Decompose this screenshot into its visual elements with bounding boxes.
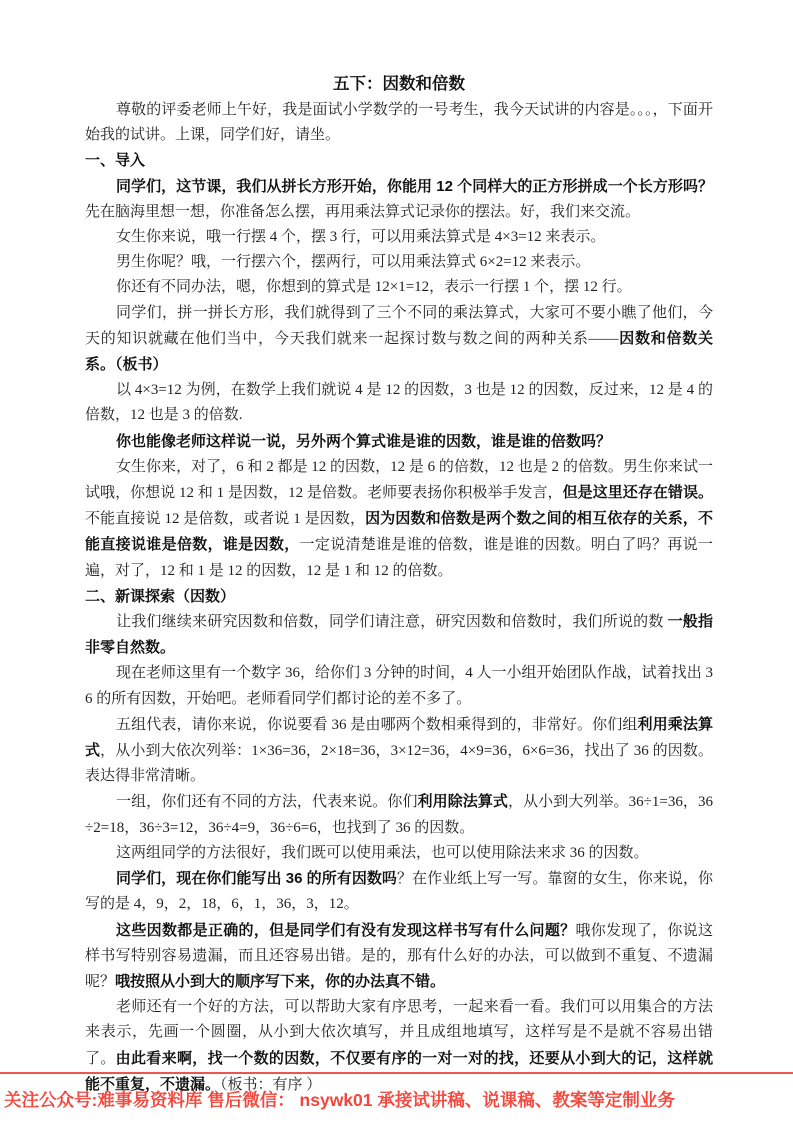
- footer-promo-text: 关注公众号:难事易资料库 售后微信： nsywk01 承接试讲稿、说课稿、教案等…: [4, 1085, 793, 1115]
- text-segment: 女生你来说，哦一行摆 4 个，摆 3 行，可以用乘法算式是 4×3=12 来表示…: [116, 229, 605, 245]
- paragraph: 你还有不同办法，嗯，你想到的算式是 12×1=12，表示一行摆 1 个，摆 12…: [85, 275, 713, 300]
- text-segment: 尊敬的评委老师上午好，我是面试小学数学的一号考生，我今天试讲的内容是。。。，下面…: [85, 102, 713, 143]
- text-segment: 你还有不同办法，嗯，你想到的算式是 12×1=12，表示一行摆 1 个，摆 12…: [116, 279, 632, 295]
- document-title: 五下：因数和倍数: [85, 72, 713, 97]
- text-segment: 男生你呢？哦，一行摆六个，摆两行，可以用乘法算式 6×2=12 来表示。: [116, 254, 590, 270]
- paragraph: 老师还有一个好的方法，可以帮助大家有序思考，一起来看一看。我们可以用集合的方法来…: [85, 995, 713, 1098]
- document-body: 尊敬的评委老师上午好，我是面试小学数学的一号考生，我今天试讲的内容是。。。，下面…: [85, 98, 713, 1098]
- paragraph: 女生你来说，哦一行摆 4 个，摆 3 行，可以用乘法算式是 4×3=12 来表示…: [85, 225, 713, 250]
- text-segment: 这两组同学的方法很好，我们既可以使用乘法，也可以使用除法来求 36 的因数。: [116, 845, 649, 861]
- paragraph: 你也能像老师这样说一说，另外两个算式谁是谁的因数，谁是谁的倍数吗？: [85, 429, 713, 455]
- document-page: 五下：因数和倍数 尊敬的评委老师上午好，我是面试小学数学的一号考生，我今天试讲的…: [85, 72, 713, 1098]
- paragraph: 女生你来，对了，6 和 2 都是 12 的因数，12 是 6 的倍数，12 也是…: [85, 455, 713, 584]
- paragraph: 同学们，这节课，我们从拼长方形开始，你能用 12 个同样大的正方形拼成一个长方形…: [85, 174, 713, 225]
- paragraph: 五组代表，请你来说，你说要看 36 是由哪两个数相乘得到的，非常好。你们组利用乘…: [85, 712, 713, 790]
- text-segment: 同学们，这节课，我们从拼长方形开始，你能用 12 个同样大的正方形拼成一个长方形…: [116, 178, 713, 195]
- paragraph: 同学们，拼一拼长方形，我们就得到了三个不同的乘法算式，大家可不要小瞧了他们，今天…: [85, 301, 713, 379]
- paragraph: 一组，你们还有不同的方法，代表来说。你们利用除法算式，从小到大列举。36÷1=3…: [85, 789, 713, 840]
- text-segment: 让我们继续来研究因数和倍数，同学们请注意，研究因数和倍数时，我们所说的数: [116, 614, 668, 630]
- text-segment: 二、新课探索（因数）: [85, 588, 235, 605]
- paragraph: 这两组同学的方法很好，我们既可以使用乘法，也可以使用除法来求 36 的因数。: [85, 841, 713, 866]
- paragraph: 同学们，现在你们能写出 36 的所有因数吗？在作业纸上写一写。靠窗的女生，你来说…: [85, 866, 713, 917]
- text-segment: 不能直接说 12 是倍数，或者说 1 是因数，: [85, 511, 365, 527]
- text-segment: 一、导入: [85, 152, 145, 169]
- text-segment: 先在脑海里想一想，你准备怎么摆，再用乘法算式记录你的摆法。好，我们来交流。: [85, 204, 640, 220]
- paragraph: 以 4×3=12 为例，在数学上我们就说 4 是 12 的因数，3 也是 12 …: [85, 378, 713, 428]
- text-segment: 现在老师这里有一个数字 36，给你们 3 分钟的时间，4 人一小组开始团队作战，…: [85, 665, 713, 706]
- section-heading: 二、新课探索（因数）: [85, 584, 713, 609]
- footer-divider: [0, 1072, 793, 1074]
- paragraph: 这些因数都是正确的，但是同学们有没有发现这样书写有什么问题？哦你发现了，你说这样…: [85, 918, 713, 996]
- text-segment: 五组代表，请你来说，你说要看 36 是由哪两个数相乘得到的，非常好。你们组: [116, 717, 638, 733]
- text-segment: 但是这里还存在错误。: [563, 484, 713, 501]
- text-segment: 这些因数都是正确的，但是同学们有没有发现这样书写有什么问题？: [116, 922, 575, 939]
- text-segment: 利用除法算式: [418, 793, 508, 810]
- text-segment: 以 4×3=12 为例，在数学上我们就说 4 是 12 的因数，3 也是 12 …: [85, 382, 713, 423]
- paragraph: 尊敬的评委老师上午好，我是面试小学数学的一号考生，我今天试讲的内容是。。。，下面…: [85, 98, 713, 148]
- paragraph: 让我们继续来研究因数和倍数，同学们请注意，研究因数和倍数时，我们所说的数 一般指…: [85, 609, 713, 661]
- text-segment: 哦按照从小到大的顺序写下来，你的办法真不错。: [115, 973, 445, 990]
- text-segment: 你也能像老师这样说一说，另外两个算式谁是谁的因数，谁是谁的倍数吗？: [116, 433, 611, 450]
- text-segment: 同学们，现在你们能写出 36 的所有因数吗: [116, 870, 397, 887]
- text-segment: 一组，你们还有不同的方法，代表来说。你们: [116, 794, 418, 810]
- paragraph: 现在老师这里有一个数字 36，给你们 3 分钟的时间，4 人一小组开始团队作战，…: [85, 661, 713, 711]
- text-segment: ，从小到大依次列举：1×36=36，2×18=36，3×12=36，4×9=36…: [85, 743, 713, 784]
- paragraph: 男生你呢？哦，一行摆六个，摆两行，可以用乘法算式 6×2=12 来表示。: [85, 250, 713, 275]
- section-heading: 一、导入: [85, 148, 713, 173]
